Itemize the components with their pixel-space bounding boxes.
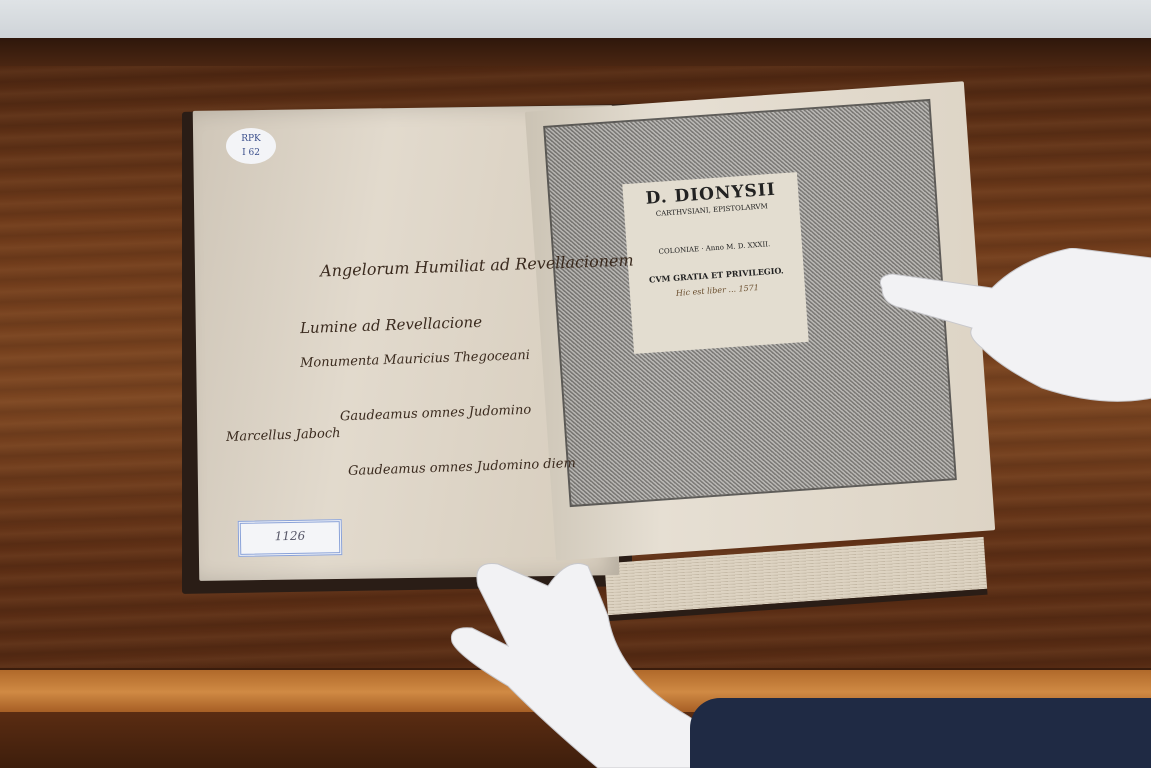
inventory-tag: 1126	[238, 519, 343, 557]
table-edge	[0, 38, 1151, 66]
gloved-hand-bottom	[448, 556, 728, 768]
imprint: COLONIAE · Anno M. D. XXXII.	[633, 238, 796, 257]
sleeve	[690, 698, 1151, 768]
gloved-hand-right	[872, 248, 1151, 408]
shelf-label-line: I 62	[226, 146, 276, 160]
shelf-label: RPK I 62	[226, 128, 276, 164]
title-page: D. DIONYSII CARTHVSIANI, EPISTOLARVM COL…	[622, 172, 808, 354]
shelf-label-line: RPK	[226, 132, 276, 146]
background-wall	[0, 0, 1151, 38]
